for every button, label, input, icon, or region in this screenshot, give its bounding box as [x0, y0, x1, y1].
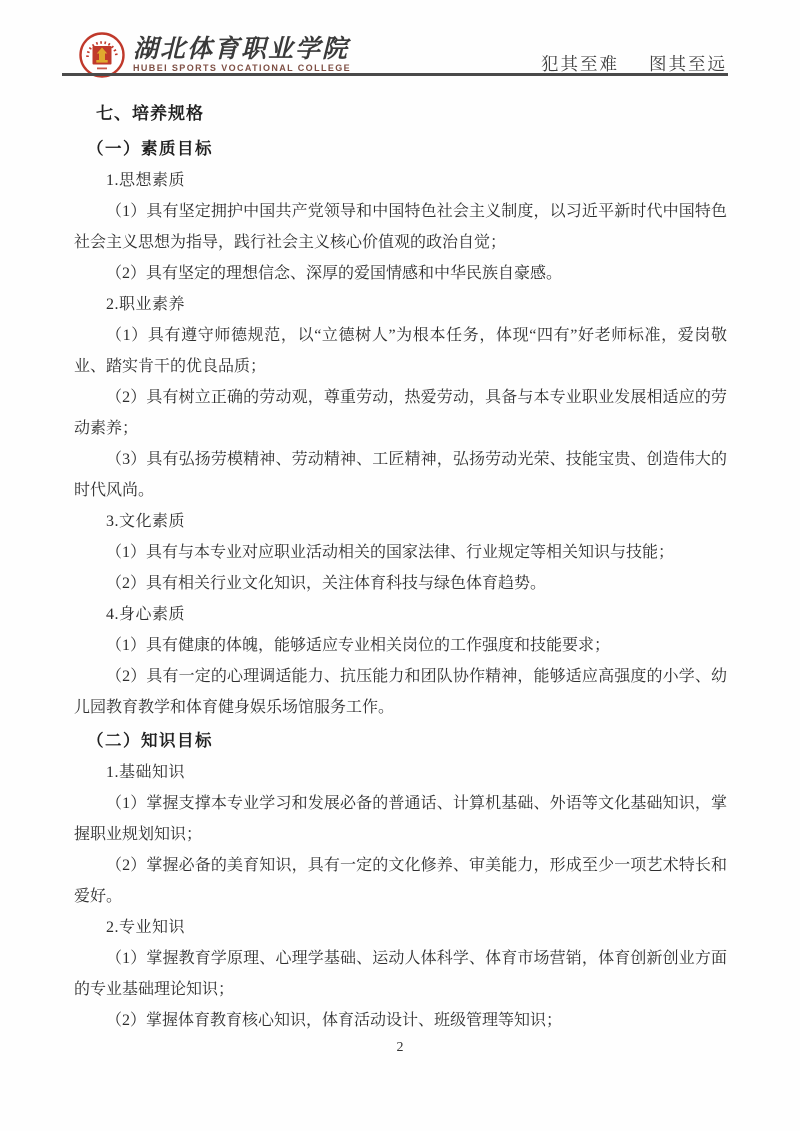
- college-logo-icon: [78, 31, 126, 79]
- page-footer: 2: [0, 1040, 800, 1056]
- paragraph: （1）掌握支撑本专业学习和发展必备的普通话、计算机基础、外语等文化基础知识，掌握…: [74, 788, 727, 850]
- paragraph: （2）具有相关行业文化知识，关注体育科技与绿色体育趋势。: [74, 568, 727, 599]
- item-heading: 1.思想素质: [74, 165, 727, 196]
- item-heading: 2.职业素养: [74, 289, 727, 320]
- item-heading: 3.文化素质: [74, 506, 727, 537]
- paragraph: （2）掌握体育教育核心知识，体育活动设计、班级管理等知识；: [74, 1005, 727, 1036]
- item-heading: 2.专业知识: [74, 912, 727, 943]
- college-name-calligraphy: 湖北体育职业学院: [133, 35, 351, 62]
- paragraph: （2）具有一定的心理调适能力、抗压能力和团队协作精神，能够适应高强度的小学、幼儿…: [74, 661, 727, 723]
- subsection-heading: （一）素质目标: [74, 133, 727, 165]
- paragraph: （1）具有遵守师德规范，以“立德树人”为根本任务，体现“四有”好老师标准，爱岗敬…: [74, 320, 727, 382]
- paragraph: （2）具有树立正确的劳动观，尊重劳动，热爱劳动，具备与本专业职业发展相适应的劳动…: [74, 382, 727, 444]
- paragraph: （2）掌握必备的美育知识，具有一定的文化修养、审美能力，形成至少一项艺术特长和爱…: [74, 850, 727, 912]
- paragraph: （1）具有与本专业对应职业活动相关的国家法律、行业规定等相关知识与技能；: [74, 537, 727, 568]
- item-heading: 1.基础知识: [74, 757, 727, 788]
- section-heading: 七、培养规格: [74, 97, 727, 131]
- paragraph: （1）具有坚定拥护中国共产党领导和中国特色社会主义制度，以习近平新时代中国特色社…: [74, 196, 727, 258]
- item-heading: 4.身心素质: [74, 599, 727, 630]
- paragraph: （2）具有坚定的理想信念、深厚的爱国情感和中华民族自豪感。: [74, 258, 727, 289]
- paragraph: （3）具有弘扬劳模精神、劳动精神、工匠精神，弘扬劳动光荣、技能宝贵、创造伟大的时…: [74, 444, 727, 506]
- college-logo-group: 湖北体育职业学院 HUBEI SPORTS VOCATIONAL COLLEGE: [78, 31, 351, 79]
- document-body: 七、培养规格（一）素质目标1.思想素质（1）具有坚定拥护中国共产党领导和中国特色…: [74, 97, 727, 1036]
- header-rule: [62, 73, 728, 76]
- page: 湖北体育职业学院 HUBEI SPORTS VOCATIONAL COLLEGE…: [0, 0, 800, 1131]
- college-name-block: 湖北体育职业学院 HUBEI SPORTS VOCATIONAL COLLEGE: [133, 31, 351, 74]
- paragraph: （1）掌握教育学原理、心理学基础、运动人体科学、体育市场营销，体育创新创业方面的…: [74, 943, 727, 1005]
- subsection-heading: （二）知识目标: [74, 725, 727, 757]
- page-number: 2: [397, 1040, 404, 1055]
- paragraph: （1）具有健康的体魄，能够适应专业相关岗位的工作强度和技能要求；: [74, 630, 727, 661]
